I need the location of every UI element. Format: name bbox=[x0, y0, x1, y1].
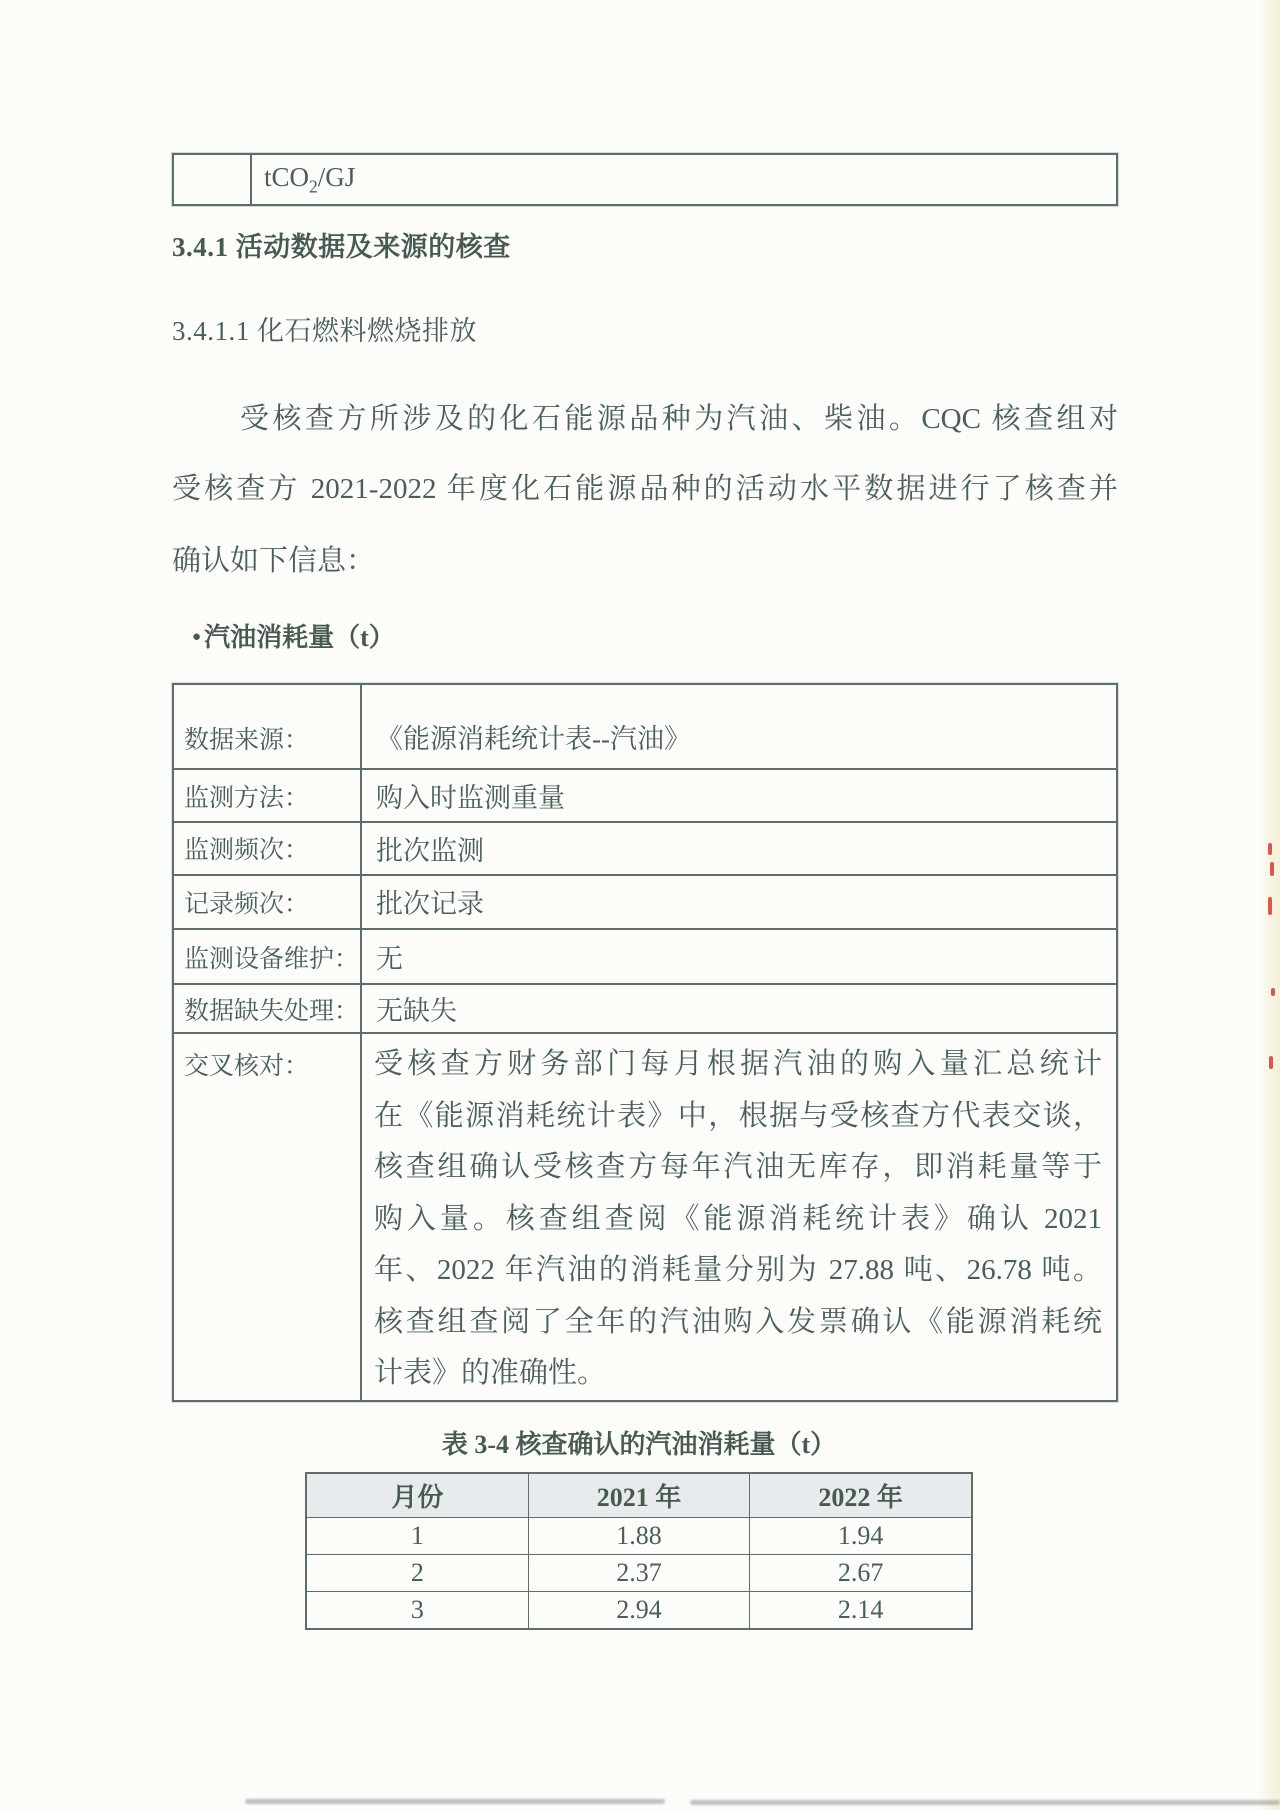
subsection-heading-3-4-1-1: 3.4.1.1 化石燃料燃烧排放 bbox=[172, 309, 477, 348]
bullet-dot-icon: ● bbox=[192, 629, 201, 645]
table-row-cross-check: 交叉核对： 受核查方财务部门每月根据汽油的购入量汇总统计 在《能源消耗统计表》中… bbox=[174, 1032, 1116, 1400]
section-heading-3-4-1: 3.4.1 活动数据及来源的核查 bbox=[172, 225, 511, 264]
unit-text: tCO2/GJ bbox=[264, 162, 355, 197]
table-row: 1 1.88 1.94 bbox=[307, 1517, 971, 1554]
column-header-2021: 2021 年 bbox=[528, 1474, 750, 1517]
value-2021-cell: 2.94 bbox=[528, 1592, 750, 1628]
table-row: 3 2.94 2.14 bbox=[307, 1591, 971, 1628]
row-label: 交叉核对： bbox=[174, 1034, 362, 1400]
cross-check-line: 核查组查阅了全年的汽油购入发票确认《能源消耗统 bbox=[374, 1297, 1102, 1349]
column-header-2022: 2022 年 bbox=[749, 1474, 971, 1517]
cross-check-line: 购入量。核查组查阅《能源消耗统计表》确认 2021 bbox=[374, 1194, 1102, 1246]
monthly-consumption-table: 月份 2021 年 2022 年 1 1.88 1.94 2 2.37 2.67… bbox=[305, 1472, 973, 1630]
scan-red-mark bbox=[1268, 897, 1272, 915]
column-header-month: 月份 bbox=[307, 1474, 528, 1517]
bullet-label: 汽油消耗量（t） bbox=[204, 623, 395, 652]
row-value: 批次记录 bbox=[362, 876, 1116, 929]
row-value: 无缺失 bbox=[362, 985, 1116, 1033]
row-value: 购入时监测重量 bbox=[362, 770, 1116, 821]
row-label: 监测设备维护： bbox=[174, 930, 362, 983]
value-2021-cell: 1.88 bbox=[528, 1518, 750, 1554]
table-header-row: 月份 2021 年 2022 年 bbox=[307, 1474, 971, 1517]
table-row: 监测方法： 购入时监测重量 bbox=[174, 768, 1116, 821]
cross-check-line: 受核查方财务部门每月根据汽油的购入量汇总统计 bbox=[374, 1039, 1102, 1091]
table-3-4-caption: 表 3-4 核查确认的汽油消耗量（t） bbox=[305, 1424, 973, 1461]
value-2022-cell: 2.14 bbox=[749, 1592, 971, 1628]
row-value: 批次监测 bbox=[362, 823, 1116, 874]
bullet-item-gasoline-consumption: ●汽油消耗量（t） bbox=[192, 617, 395, 654]
scan-red-mark bbox=[1268, 843, 1272, 855]
row-label: 监测频次： bbox=[174, 823, 362, 874]
table-row: 数据来源： 《能源消耗统计表--汽油》 bbox=[174, 685, 1116, 768]
paragraph-line-1: 受核查方所涉及的化石能源品种为汽油、柴油。CQC 核查组对 bbox=[240, 396, 1118, 436]
paragraph-line-2: 受核查方 2021-2022 年度化石能源品种的活动水平数据进行了核查并 bbox=[172, 466, 1118, 506]
cross-check-line: 在《能源消耗统计表》中，根据与受核查方代表交谈， bbox=[374, 1091, 1102, 1143]
scan-red-mark bbox=[1270, 862, 1274, 876]
cross-check-line: 计表》的准确性。 bbox=[374, 1348, 1102, 1400]
table-row: 监测频次： 批次监测 bbox=[174, 821, 1116, 874]
month-cell: 1 bbox=[307, 1518, 528, 1554]
scan-red-mark bbox=[1269, 1056, 1273, 1069]
row-label: 数据缺失处理： bbox=[174, 985, 362, 1033]
cross-check-text: 受核查方财务部门每月根据汽油的购入量汇总统计 在《能源消耗统计表》中，根据与受核… bbox=[362, 1034, 1116, 1400]
table-row: 2 2.37 2.67 bbox=[307, 1554, 971, 1591]
row-value: 《能源消耗统计表--汽油》 bbox=[362, 685, 1116, 768]
scan-bottom-smudge bbox=[245, 1799, 665, 1804]
scan-red-mark bbox=[1271, 988, 1275, 996]
paragraph-line-3: 确认如下信息： bbox=[172, 538, 375, 579]
table-row: 记录频次： 批次记录 bbox=[174, 874, 1116, 929]
unit-value-cell: tCO2/GJ bbox=[252, 155, 1116, 204]
cross-check-line: 年、2022 年汽油的消耗量分别为 27.88 吨、26.78 吨。 bbox=[374, 1245, 1102, 1297]
row-value: 无 bbox=[362, 930, 1116, 983]
scanned-document-page: tCO2/GJ 3.4.1 活动数据及来源的核查 3.4.1.1 化石燃料燃烧排… bbox=[0, 0, 1280, 1810]
value-2021-cell: 2.37 bbox=[528, 1555, 750, 1591]
scan-bottom-smudge bbox=[690, 1800, 1280, 1805]
row-label: 数据来源： bbox=[174, 685, 362, 768]
row-label: 记录频次： bbox=[174, 876, 362, 929]
unit-table-empty-cell bbox=[174, 155, 252, 204]
value-2022-cell: 1.94 bbox=[749, 1518, 971, 1554]
table-row: 数据缺失处理： 无缺失 bbox=[174, 983, 1116, 1033]
value-2022-cell: 2.67 bbox=[749, 1555, 971, 1591]
month-cell: 2 bbox=[307, 1555, 528, 1591]
month-cell: 3 bbox=[307, 1592, 528, 1628]
gasoline-info-table: 数据来源： 《能源消耗统计表--汽油》 监测方法： 购入时监测重量 监测频次： … bbox=[172, 683, 1118, 1402]
cross-check-line: 核查组确认受核查方每年汽油无库存，即消耗量等于 bbox=[374, 1142, 1102, 1194]
table-row: 监测设备维护： 无 bbox=[174, 928, 1116, 983]
row-label: 监测方法： bbox=[174, 770, 362, 821]
unit-table-fragment: tCO2/GJ bbox=[172, 153, 1118, 206]
